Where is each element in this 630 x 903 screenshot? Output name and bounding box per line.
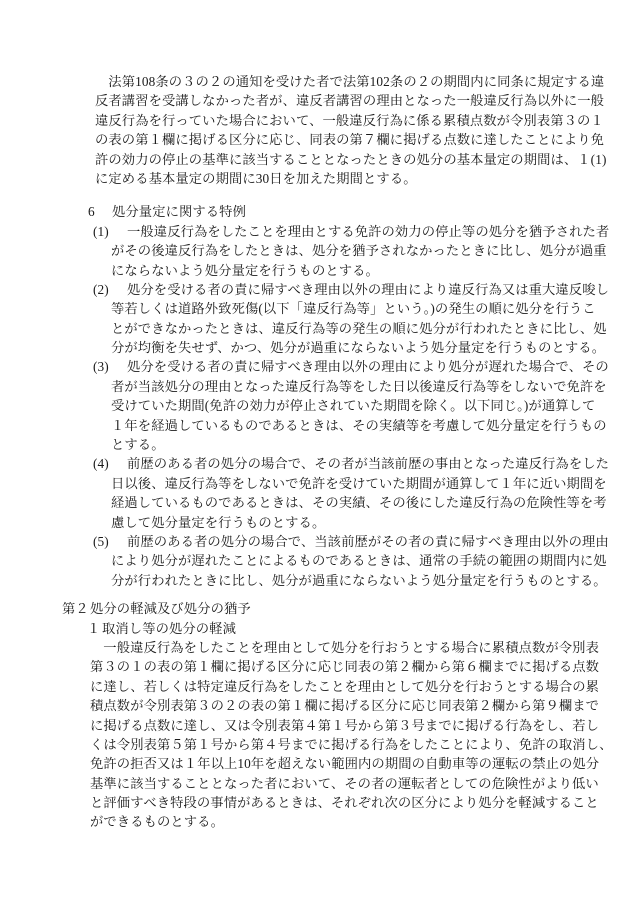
subsection-heading-1: １取消し等の処分の軽減 xyxy=(0,619,630,638)
body-paragraph-line: ができるものとする。 xyxy=(0,812,630,831)
intro-paragraph-line: に定める基本量定の期間に30日を加えた期間とする。 xyxy=(0,169,630,188)
item-number: (5) xyxy=(93,532,127,551)
list-item-line: とする。 xyxy=(0,435,630,454)
subsection-title: 取消し等の処分の軽減 xyxy=(102,621,236,636)
body-paragraph-line: くは令別表第５第１号から第４号までに掲げる行為をしたことにより、免許の取消し、 xyxy=(0,735,630,754)
list-item-line: 分が均衡を失せず、かつ、処分が過重にならないよう処分量定を行うものとする。 xyxy=(0,338,630,357)
item-text: 前歴のある者の処分の場合で、その者が当該前歴の事由となった違反行為をした xyxy=(127,456,609,471)
intro-paragraph-line: 法第108条の３の２の通知を受けた者で法第102条の２の期間内に同条に規定する違 xyxy=(0,72,630,91)
item-number: (4) xyxy=(93,454,127,473)
list-item-line: (3)処分を受ける者の責に帰すべき理由以外の理由により処分が遅れた場合で、その xyxy=(0,357,630,376)
list-item-line: がその後違反行為をしたときは、処分を猶予されなかったときに比し、処分が過重 xyxy=(0,241,630,260)
list-item-line: 慮して処分量定を行うものとする。 xyxy=(0,513,630,532)
list-item-line: 日以後、違反行為等をしないで免許を受けていた期間が通算して１年に近い期間を xyxy=(0,474,630,493)
section-heading-6: 6処分量定に関する特例 xyxy=(0,202,630,221)
body-paragraph-line: と評価すべき特段の事情があるときは、それぞれ次の区分により処分を軽減すること xyxy=(0,793,630,812)
list-item-line: 等若しくは道路外致死傷(以下「違反行為等」という。)の発生の順に処分を行うこ xyxy=(0,299,630,318)
item-text: 一般違反行為をしたことを理由とする免許の効力の停止等の処分を猶予された者 xyxy=(127,224,609,239)
body-paragraph-line: 積点数が令別表第３の２の表の第１欄に掲げる区分に応じ同表第２欄から第９欄まで xyxy=(0,696,630,715)
item-text: 処分を受ける者の責に帰すべき理由以外の理由により処分が遅れた場合で、その xyxy=(127,359,609,374)
intro-paragraph-line: 許の効力の停止の基準に該当することとなったときの処分の基本量定の期間は、１(1) xyxy=(0,150,630,169)
list-item-line: (5)前歴のある者の処分の場合で、当該前歴がその者の責に帰すべき理由以外の理由 xyxy=(0,532,630,551)
intro-paragraph-line: 反者講習を受講しなかった者が、違反者講習の理由となった一般違反行為以外に一般 xyxy=(0,91,630,110)
list-item-line: により処分が遅れたことによるものであるときは、通常の手続の範囲の期間内に処 xyxy=(0,551,630,570)
intro-paragraph-line: 違反行為を行っていた場合において、一般違反行為に係る累積点数が令別表第３の１ xyxy=(0,111,630,130)
section-spacer xyxy=(0,188,630,202)
list-item-line: １年を経過しているものであるときは、その実績等を考慮して処分量定を行うもの xyxy=(0,416,630,435)
list-item-line: 受けていた期間(免許の効力が停止されていた期間を除く。以下同じ。)が通算して xyxy=(0,396,630,415)
document-body: 法第108条の３の２の通知を受けた者で法第102条の２の期間内に同条に規定する違… xyxy=(0,0,630,832)
section-number: 6 xyxy=(88,202,112,221)
list-item-line: にならないよう処分量定を行うものとする。 xyxy=(0,261,630,280)
list-item-line: とができなかったときは、違反行為等の発生の順に処分が行われたときに比し、処 xyxy=(0,319,630,338)
section-spacer xyxy=(0,590,630,599)
section-title: 処分の軽減及び処分の猶予 xyxy=(90,601,251,616)
section-title: 処分量定に関する特例 xyxy=(112,204,246,219)
body-paragraph-line: 第３の１の表の第１欄に掲げる区分に応じ同表の第２欄から第６欄までに掲げる点数 xyxy=(0,657,630,676)
list-item-line: (2)処分を受ける者の責に帰すべき理由以外の理由により違反行為又は重大違反唆し xyxy=(0,280,630,299)
subsection-number: １ xyxy=(87,619,102,638)
list-item-line: 経過しているものであるときは、その実績、その後にした違反行為の危険性等を考 xyxy=(0,493,630,512)
item-text: 処分を受ける者の責に帰すべき理由以外の理由により違反行為又は重大違反唆し xyxy=(127,282,609,297)
item-number: (3) xyxy=(93,357,127,376)
list-item-line: (1)一般違反行為をしたことを理由とする免許の効力の停止等の処分を猶予された者 xyxy=(0,222,630,241)
item-text: 前歴のある者の処分の場合で、当該前歴がその者の責に帰すべき理由以外の理由 xyxy=(127,534,609,549)
item-number: (1) xyxy=(93,222,127,241)
item-number: (2) xyxy=(93,280,127,299)
list-item-line: 者が当該処分の理由となった違反行為等をした日以後違反行為等をしないで免許を xyxy=(0,377,630,396)
body-paragraph-line: 免許の拒否又は１年以上10年を超えない範囲内の期間の自動車等の運転の禁止の処分 xyxy=(0,754,630,773)
body-paragraph-line: に達し、若しくは特定違反行為をしたことを理由として処分を行おうとする場合の累 xyxy=(0,677,630,696)
list-item-line: 分が行われたときに比し、処分が過重にならないよう処分量定を行うものとする。 xyxy=(0,571,630,590)
body-paragraph-line: 基準に該当することとなった者において、その者の運転者としての危険性がより低い xyxy=(0,774,630,793)
list-item-line: (4)前歴のある者の処分の場合で、その者が当該前歴の事由となった違反行為をした xyxy=(0,454,630,473)
section-number: 第２ xyxy=(62,599,90,618)
document-page: 法第108条の３の２の通知を受けた者で法第102条の２の期間内に同条に規定する違… xyxy=(0,0,630,903)
body-paragraph-line: 一般違反行為をしたことを理由として処分を行おうとする場合に累積点数が令別表 xyxy=(0,638,630,657)
section-heading-dai2: 第２処分の軽減及び処分の猶予 xyxy=(0,599,630,618)
intro-paragraph-line: の表の第１欄に掲げる区分に応じ、同表の第７欄に掲げる点数に達したことにより免 xyxy=(0,130,630,149)
body-paragraph-line: に掲げる点数に達し、又は令別表第４第１号から第３号までに掲げる行為をし、若し xyxy=(0,716,630,735)
